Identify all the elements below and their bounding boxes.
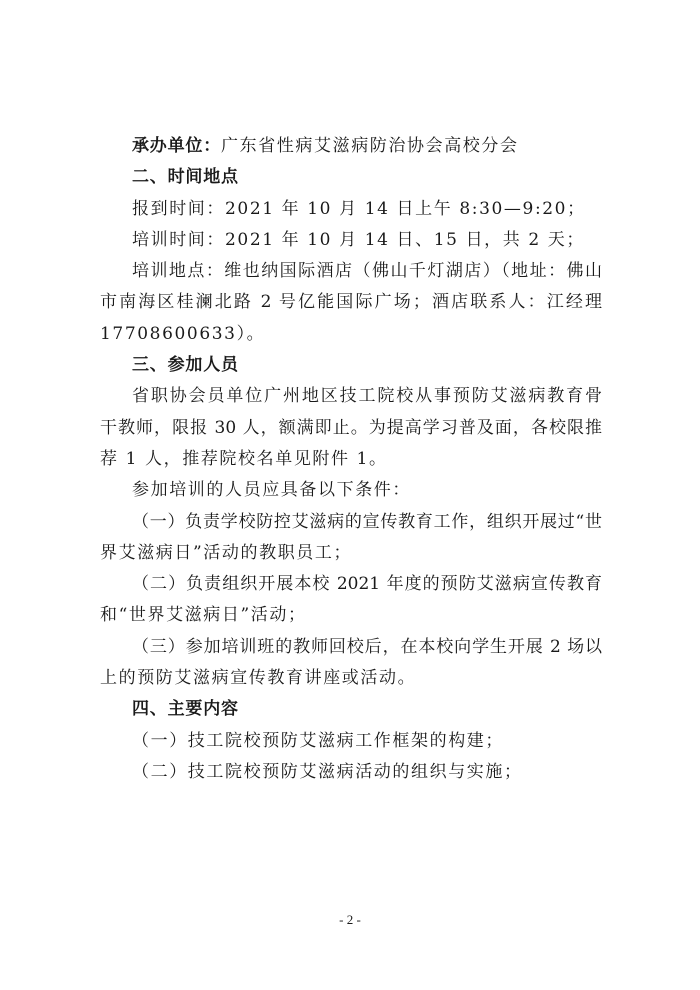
condition-2-line-1: （二）负责组织开展本校 2021 年度的预防艾滋病宣传教育: [100, 569, 602, 600]
organizer-line: 承办单位：广东省性病艾滋病防治协会高校分会: [100, 131, 602, 162]
document-page: 承办单位：广东省性病艾滋病防治协会高校分会 二、时间地点 报到时间：2021 年…: [100, 131, 602, 788]
participants-para-line-3: 荐 1 人，推荐院校名单见附件 1。: [100, 444, 602, 475]
report-time: 报到时间：2021 年 10 月 14 日上午 8:30—9:20；: [100, 194, 602, 225]
venue-line-2: 市南海区桂澜北路 2 号亿能国际广场；酒店联系人：江经理: [100, 287, 602, 318]
condition-3-line-1: （三）参加培训班的教师回校后，在本校向学生开展 2 场以: [100, 632, 602, 663]
organizer-label: 承办单位：: [132, 136, 221, 156]
venue-line-3: 17708600633）。: [100, 319, 602, 350]
conditions-intro: 参加培训的人员应具备以下条件：: [100, 475, 602, 506]
content-item-2: （二）技工院校预防艾滋病活动的组织与实施；: [100, 757, 602, 788]
content-item-1: （一）技工院校预防艾滋病工作框架的构建；: [100, 726, 602, 757]
condition-3-line-2: 上的预防艾滋病宣传教育讲座或活动。: [100, 663, 602, 694]
participants-para-line-2: 干教师，限报 30 人，额满即止。为提高学习普及面，各校限推: [100, 413, 602, 444]
section-heading-participants: 三、参加人员: [100, 350, 602, 381]
section-heading-time-place: 二、时间地点: [100, 162, 602, 193]
participants-para-line-1: 省职协会员单位广州地区技工院校从事预防艾滋病教育骨: [100, 381, 602, 412]
organizer-value: 广东省性病艾滋病防治协会高校分会: [221, 136, 519, 156]
training-time: 培训时间：2021 年 10 月 14 日、15 日，共 2 天；: [100, 225, 602, 256]
page-number: - 2 -: [0, 912, 700, 928]
venue-line-1: 培训地点：维也纳国际酒店（佛山千灯湖店）（地址：佛山: [100, 256, 602, 287]
condition-1-line-2: 界艾滋病日”活动的教职员工；: [100, 538, 602, 569]
section-heading-main-content: 四、主要内容: [100, 694, 602, 725]
condition-2-line-2: 和“世界艾滋病日”活动；: [100, 600, 602, 631]
condition-1-line-1: （一）负责学校防控艾滋病的宣传教育工作，组织开展过“世: [100, 507, 602, 538]
